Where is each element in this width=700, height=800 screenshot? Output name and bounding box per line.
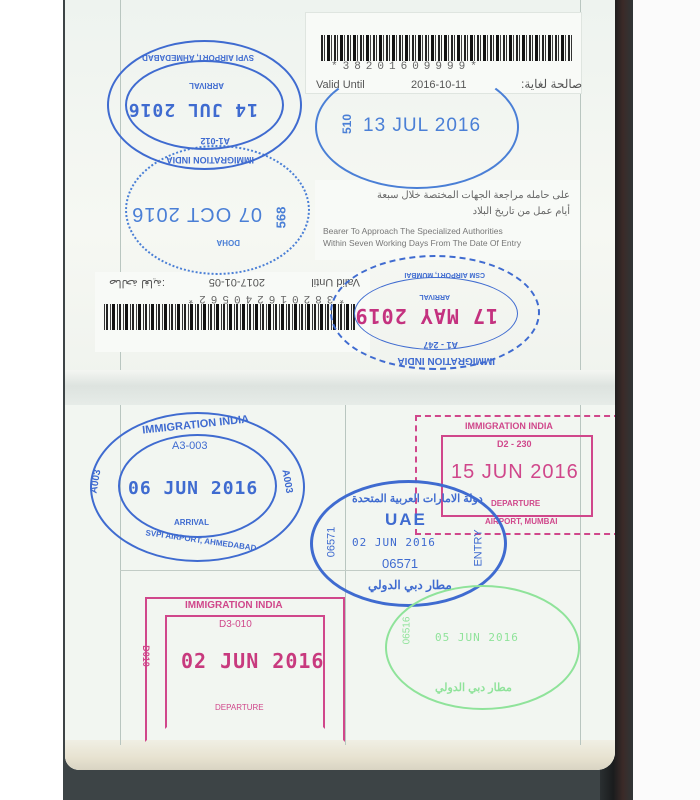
- stamp-code: D2 - 230: [497, 439, 532, 449]
- stamp-date: 13 JUL 2016: [363, 115, 481, 137]
- stamp-type: ARRIVAL: [419, 293, 450, 300]
- india-arrival-stamp-2019: IMMIGRATION INDIA A1 - 247 17 MAY 2019 A…: [330, 255, 540, 370]
- stamp-header: IMMIGRATION INDIA: [397, 355, 495, 366]
- barcode-number: *382016240562*: [183, 292, 345, 304]
- uae-exit-stamp: 05 JUN 2016 06516 مطار دبي الدولي: [385, 585, 580, 710]
- stamp-code: A1-012: [200, 136, 230, 146]
- stamp-code: A3-003: [172, 440, 207, 452]
- india-departure-stamp-d3: IMMIGRATION INDIA D3-010 02 JUN 2016 DEP…: [145, 597, 345, 742]
- stamp-code: D3-010: [219, 619, 252, 630]
- arabic-note-line2: أيام عمل من تاريخ البلاد: [473, 206, 570, 217]
- valid-until-arabic: صالحة لغاية:: [521, 77, 582, 91]
- stamp-side-number: 06571: [325, 527, 337, 558]
- stamp-number: 06571: [382, 556, 418, 571]
- page-edge: [65, 740, 615, 770]
- stamp-header: IMMIGRATION INDIA: [185, 600, 283, 611]
- english-note-line1: Bearer To Approach The Specialized Autho…: [323, 226, 503, 236]
- passport-page: *38201609999* Valid Until 2016-10-11 صال…: [65, 0, 615, 770]
- stamp-side-code: D010: [141, 645, 151, 667]
- valid-until-value: 2017-01-05: [209, 276, 265, 288]
- stamp-number: 568: [274, 207, 289, 229]
- stamp-date: 07 OCT 2016: [131, 202, 262, 225]
- stamp-place-arabic: مطار دبي الدولي: [435, 681, 512, 694]
- stamp-date: 17 MAY 2019: [355, 304, 498, 328]
- stamp-type: ARRIVAL: [174, 518, 209, 527]
- english-note-line2: Within Seven Working Days From The Date …: [323, 238, 521, 248]
- stamp-code: A1 - 247: [423, 340, 458, 350]
- qatar-entry-stamp: 510 13 JUL 2016: [315, 85, 515, 185]
- arabic-note-line1: على حامله مراجعة الجهات المختصة خلال سبع…: [377, 190, 570, 201]
- page-fold: [65, 370, 615, 410]
- stamp-header: IMMIGRATION INDIA: [166, 155, 254, 165]
- stamp-header: IMMIGRATION INDIA: [465, 421, 553, 431]
- entry-notice-sticker: على حامله مراجعة الجهات المختصة خلال سبع…: [315, 180, 580, 260]
- barcode: [103, 304, 355, 330]
- india-arrival-stamp-ahmedabad: IMMIGRATION INDIA A3-003 06 JUN 2016 ARR…: [90, 412, 305, 562]
- stamp-country: UAE: [385, 510, 427, 530]
- stamp-date: 06 JUN 2016: [128, 478, 258, 499]
- stamp-number: 06516: [401, 617, 412, 645]
- stamp-date: 05 JUN 2016: [435, 631, 519, 644]
- stamp-date: 14 JUL 2016: [128, 99, 258, 120]
- stamp-type: ENTRY: [473, 529, 485, 566]
- stamp-place: CSM AIRPORT, MUMBAI: [404, 271, 485, 278]
- stamp-date: 02 JUN 2016: [352, 536, 436, 549]
- barcode: [321, 35, 573, 61]
- valid-until-arabic: صالحة لغاية:: [109, 277, 165, 290]
- background: [633, 0, 700, 800]
- qatar-visa-sticker-inverted: *382016240562* Valid Until 2017-01-05 صا…: [95, 272, 370, 352]
- stamp-date: 02 JUN 2016: [181, 649, 324, 673]
- stamp-type: DEPARTURE: [215, 703, 264, 712]
- stamp-number: 510: [340, 114, 354, 134]
- stamp-place: DOHA: [216, 238, 240, 247]
- stamp-header-arabic: دولة الامارات العربية المتحدة: [352, 492, 483, 505]
- stamp-type: ARRIVAL: [189, 81, 224, 90]
- stamp-place: SVPI AIRPORT, AHMEDABAD: [142, 53, 254, 62]
- india-arrival-stamp-top: IMMIGRATION INDIA A1-012 14 JUL 2016 ARR…: [107, 40, 302, 170]
